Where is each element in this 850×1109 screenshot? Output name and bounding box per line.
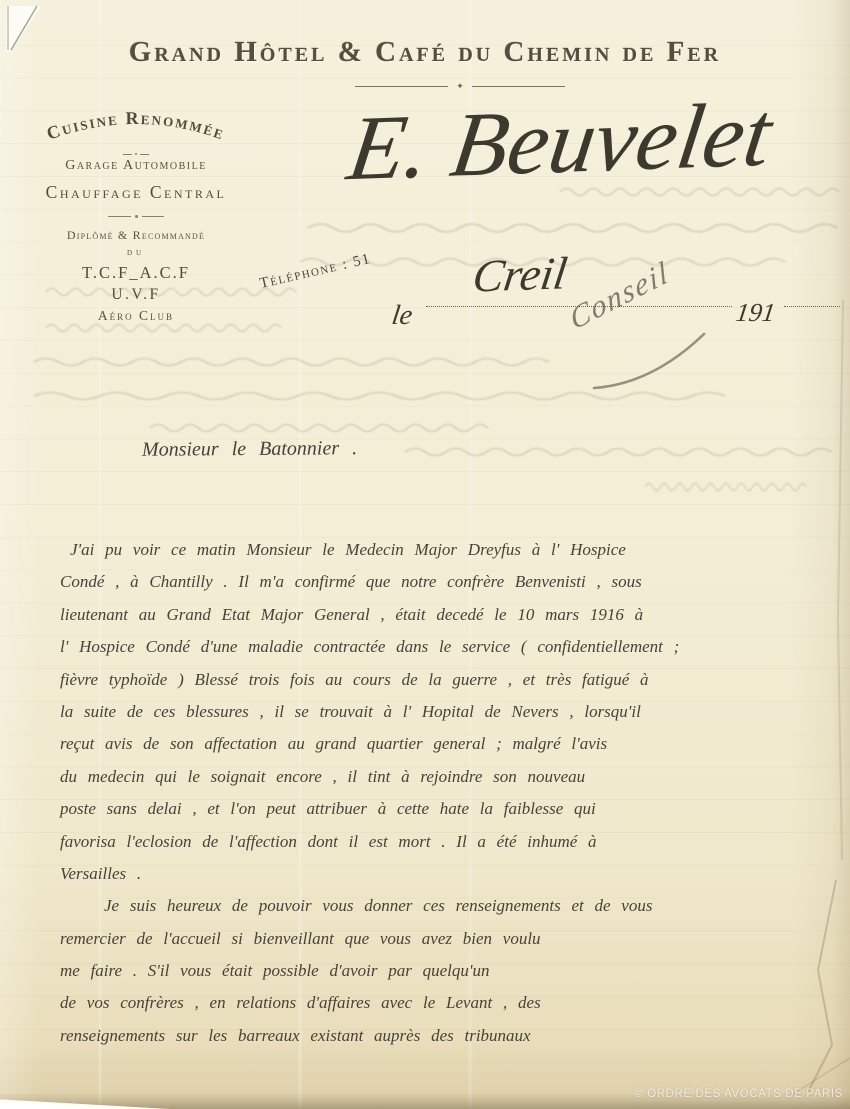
letter-line: remercier de l'accueil si bienveillant q… bbox=[60, 923, 816, 955]
letterhead-title: Grand Hôtel & Café du Chemin de Fer bbox=[0, 36, 850, 69]
letter-line: renseignements sur les barreaux existant… bbox=[60, 1020, 816, 1052]
letter-line: Condé , à Chantilly . Il m'a confirmé qu… bbox=[60, 566, 816, 598]
svg-text:Cuisine Renommée: Cuisine Renommée bbox=[44, 108, 228, 144]
letter-line: Je suis heureux de pouvoir vous donner c… bbox=[60, 890, 816, 922]
diamond-ornament-icon: ✦ bbox=[456, 82, 464, 91]
rule-line-left bbox=[355, 86, 448, 87]
clubs-aero: Aéro Club bbox=[26, 308, 246, 324]
letter-line: poste sans delai , et l'on peut attribue… bbox=[60, 793, 816, 825]
service-chauffage: Chauffage Central bbox=[26, 182, 246, 203]
scanned-letter-page: Grand Hôtel & Café du Chemin de Fer ✦ Cu… bbox=[0, 0, 850, 1109]
salutation: Monsieur le Batonnier . bbox=[142, 437, 357, 462]
services-divider bbox=[108, 215, 164, 218]
letter-line: Versailles . bbox=[60, 858, 816, 890]
letter-body: J'ai pu voir ce matin Monsieur le Medeci… bbox=[60, 534, 816, 1052]
service-garage: Garage Automobile bbox=[26, 158, 246, 174]
letter-line: lieutenant au Grand Etat Major General ,… bbox=[60, 599, 816, 631]
letter-paragraph-2: Je suis heureux de pouvoir vous donner c… bbox=[60, 890, 816, 1052]
cuisine-arch-label: Cuisine Renommée bbox=[44, 108, 228, 144]
clubs-tcf-acf: T.C.F_A.C.F bbox=[26, 263, 246, 283]
letter-line: l' Hospice Condé d'une maladie contracté… bbox=[60, 631, 816, 663]
clubs-uvf: U.V.F bbox=[26, 286, 246, 304]
diplome-line: Diplômé & Recommandé bbox=[26, 228, 246, 243]
watermark-credit: © ORDRE DES AVOCATS DE PARIS bbox=[634, 1088, 843, 1100]
letter-paragraph-1: J'ai pu voir ce matin Monsieur le Medeci… bbox=[60, 534, 816, 890]
small-dash-ornament bbox=[123, 152, 149, 156]
date-dotted-line-end bbox=[784, 306, 840, 307]
proprietor-script-name: E. Beuvelet bbox=[281, 79, 839, 204]
letter-line: du medecin qui le soignait encore , il t… bbox=[60, 761, 816, 793]
cuisine-arch: Cuisine Renommée bbox=[26, 100, 246, 152]
letter-line: favorisa l'eclosion de l'affection dont … bbox=[60, 826, 816, 858]
du-line: du bbox=[26, 247, 246, 258]
rule-line-right bbox=[472, 86, 565, 87]
letter-line: reçut avis de son affectation au grand q… bbox=[60, 728, 816, 760]
letter-line: J'ai pu voir ce matin Monsieur le Medeci… bbox=[60, 534, 816, 566]
letter-line: la suite de ces blessures , il se trouva… bbox=[60, 696, 816, 728]
services-block: Cuisine Renommée Garage Automobile Chauf… bbox=[26, 100, 246, 324]
date-year: 191 bbox=[734, 298, 777, 328]
letter-line: de vos confrères , en relations d'affair… bbox=[60, 987, 816, 1019]
letter-line: me faire . S'il vous était possible d'av… bbox=[60, 955, 816, 987]
letter-line: fièvre typhoïde ) Blessé trois fois au c… bbox=[60, 664, 816, 696]
